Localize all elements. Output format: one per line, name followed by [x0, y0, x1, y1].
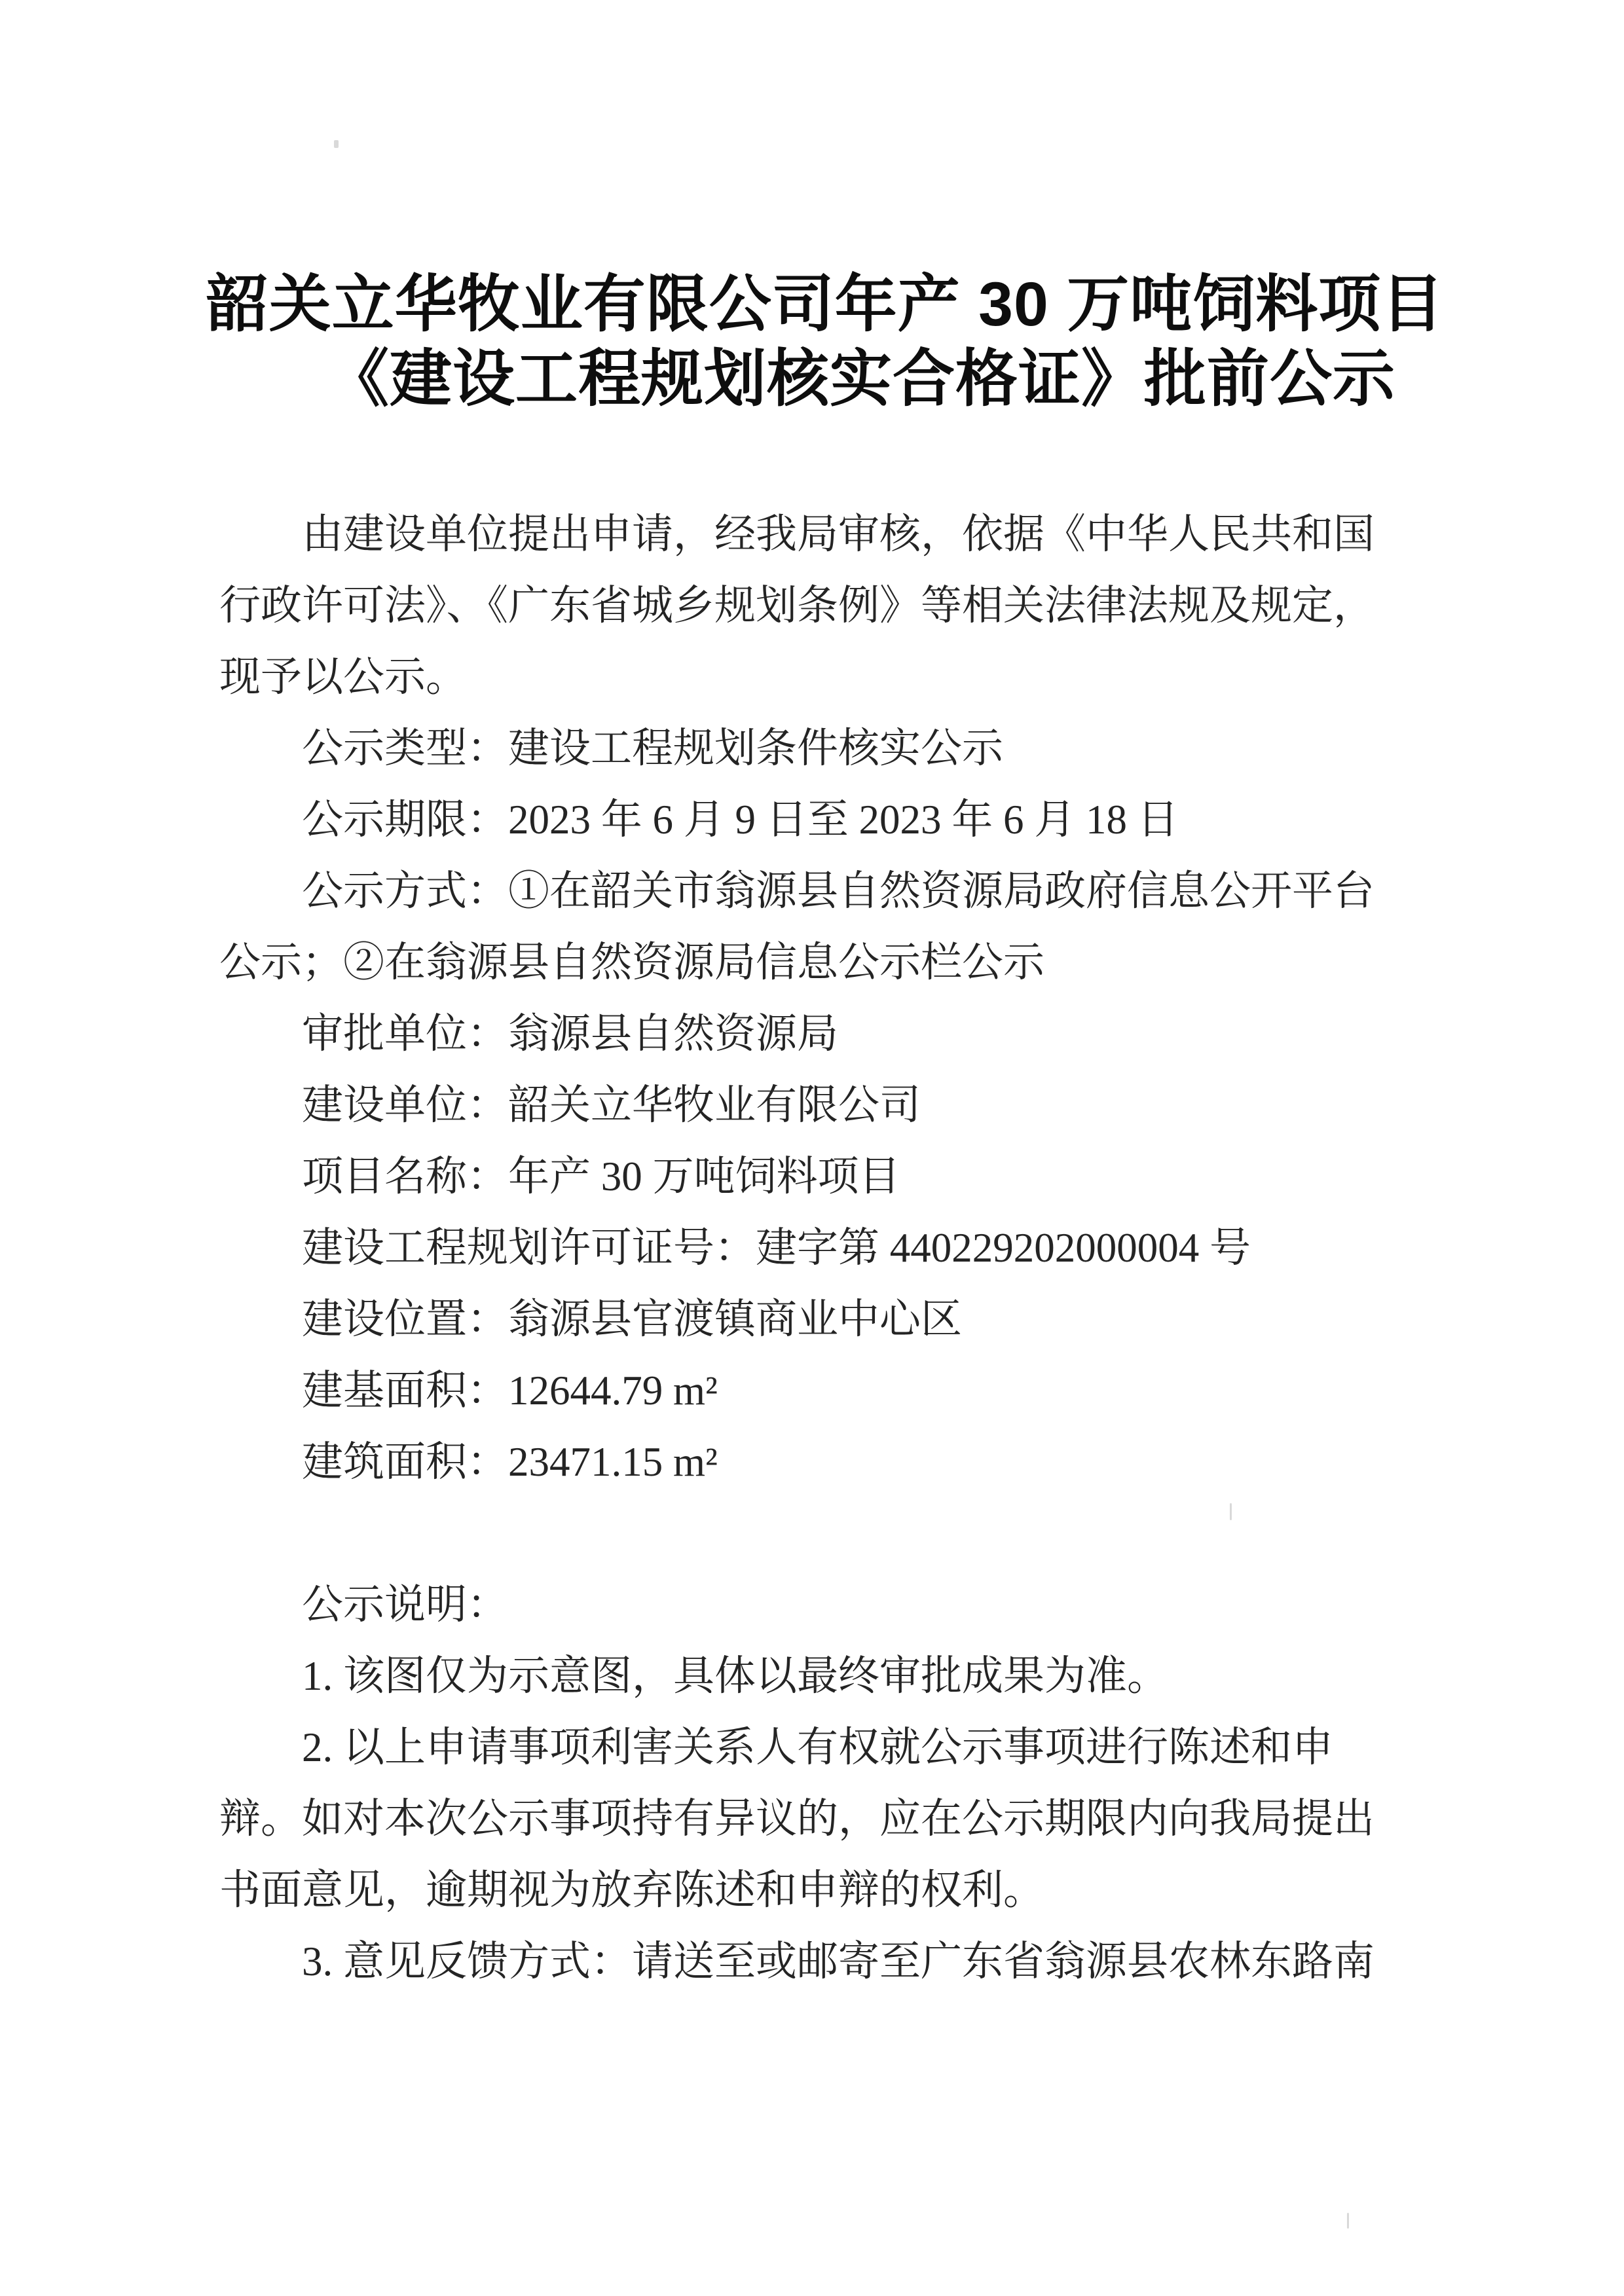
doc-line: 3. 意见反馈方式：请送至或邮寄至广东省翁源县农林东路南 [219, 1926, 1457, 1997]
doc-line: 建设单位：韶关立华牧业有限公司 [219, 1070, 1457, 1141]
doc-line: 公示说明： [219, 1569, 1457, 1641]
doc-line: 2. 以上申请事项利害关系人有权就公示事项进行陈述和申 [219, 1712, 1457, 1783]
doc-line: 建基面积：12644.79 m² [219, 1355, 1457, 1427]
doc-line: 由建设单位提出申请，经我局审核，依据《中华人民共和国 [219, 499, 1457, 570]
doc-line: 公示方式：①在韶关市翁源县自然资源局政府信息公开平台 [219, 856, 1457, 927]
scan-speck [334, 140, 339, 148]
doc-title: 韶关立华牧业有限公司年产 30 万吨饲料项目 《建设工程规划核实合格证》批前公示 [98, 267, 1552, 416]
doc-title-line-1: 韶关立华牧业有限公司年产 30 万吨饲料项目 [98, 267, 1552, 342]
doc-line: 建设工程规划许可证号：建字第 440229202000004 号 [219, 1212, 1457, 1284]
doc-line: 审批单位：翁源县自然资源局 [219, 998, 1457, 1070]
doc-line: 现予以公示。 [219, 642, 1457, 713]
doc-line: 项目名称：年产 30 万吨饲料项目 [219, 1141, 1457, 1212]
doc-line: 1. 该图仅为示意图，具体以最终审批成果为准。 [219, 1641, 1457, 1712]
doc-line: 建设位置：翁源县官渡镇商业中心区 [219, 1284, 1457, 1355]
doc-line: 公示；②在翁源县自然资源局信息公示栏公示 [219, 927, 1457, 998]
scanned-notice-page: 韶关立华牧业有限公司年产 30 万吨饲料项目 《建设工程规划核实合格证》批前公示… [0, 0, 1624, 2296]
doc-body: 由建设单位提出申请，经我局审核，依据《中华人民共和国 行政许可法》、《广东省城乡… [219, 499, 1457, 1997]
doc-line: 书面意见，逾期视为放弃陈述和申辩的权利。 [219, 1855, 1457, 1926]
doc-line: 公示期限：2023 年 6 月 9 日至 2023 年 6 月 18 日 [219, 784, 1457, 856]
scan-speck [1230, 1503, 1232, 1520]
doc-line: 建筑面积：23471.15 m² [219, 1427, 1457, 1498]
scan-speck [1347, 2213, 1349, 2229]
doc-line: 公示类型：建设工程规划条件核实公示 [219, 713, 1457, 784]
doc-title-line-2: 《建设工程规划核实合格证》批前公示 [134, 342, 1588, 416]
doc-line: 行政许可法》、《广东省城乡规划条例》等相关法律法规及规定， [219, 570, 1457, 642]
doc-line: 辩。如对本次公示事项持有异议的，应在公示期限内向我局提出 [219, 1783, 1457, 1855]
